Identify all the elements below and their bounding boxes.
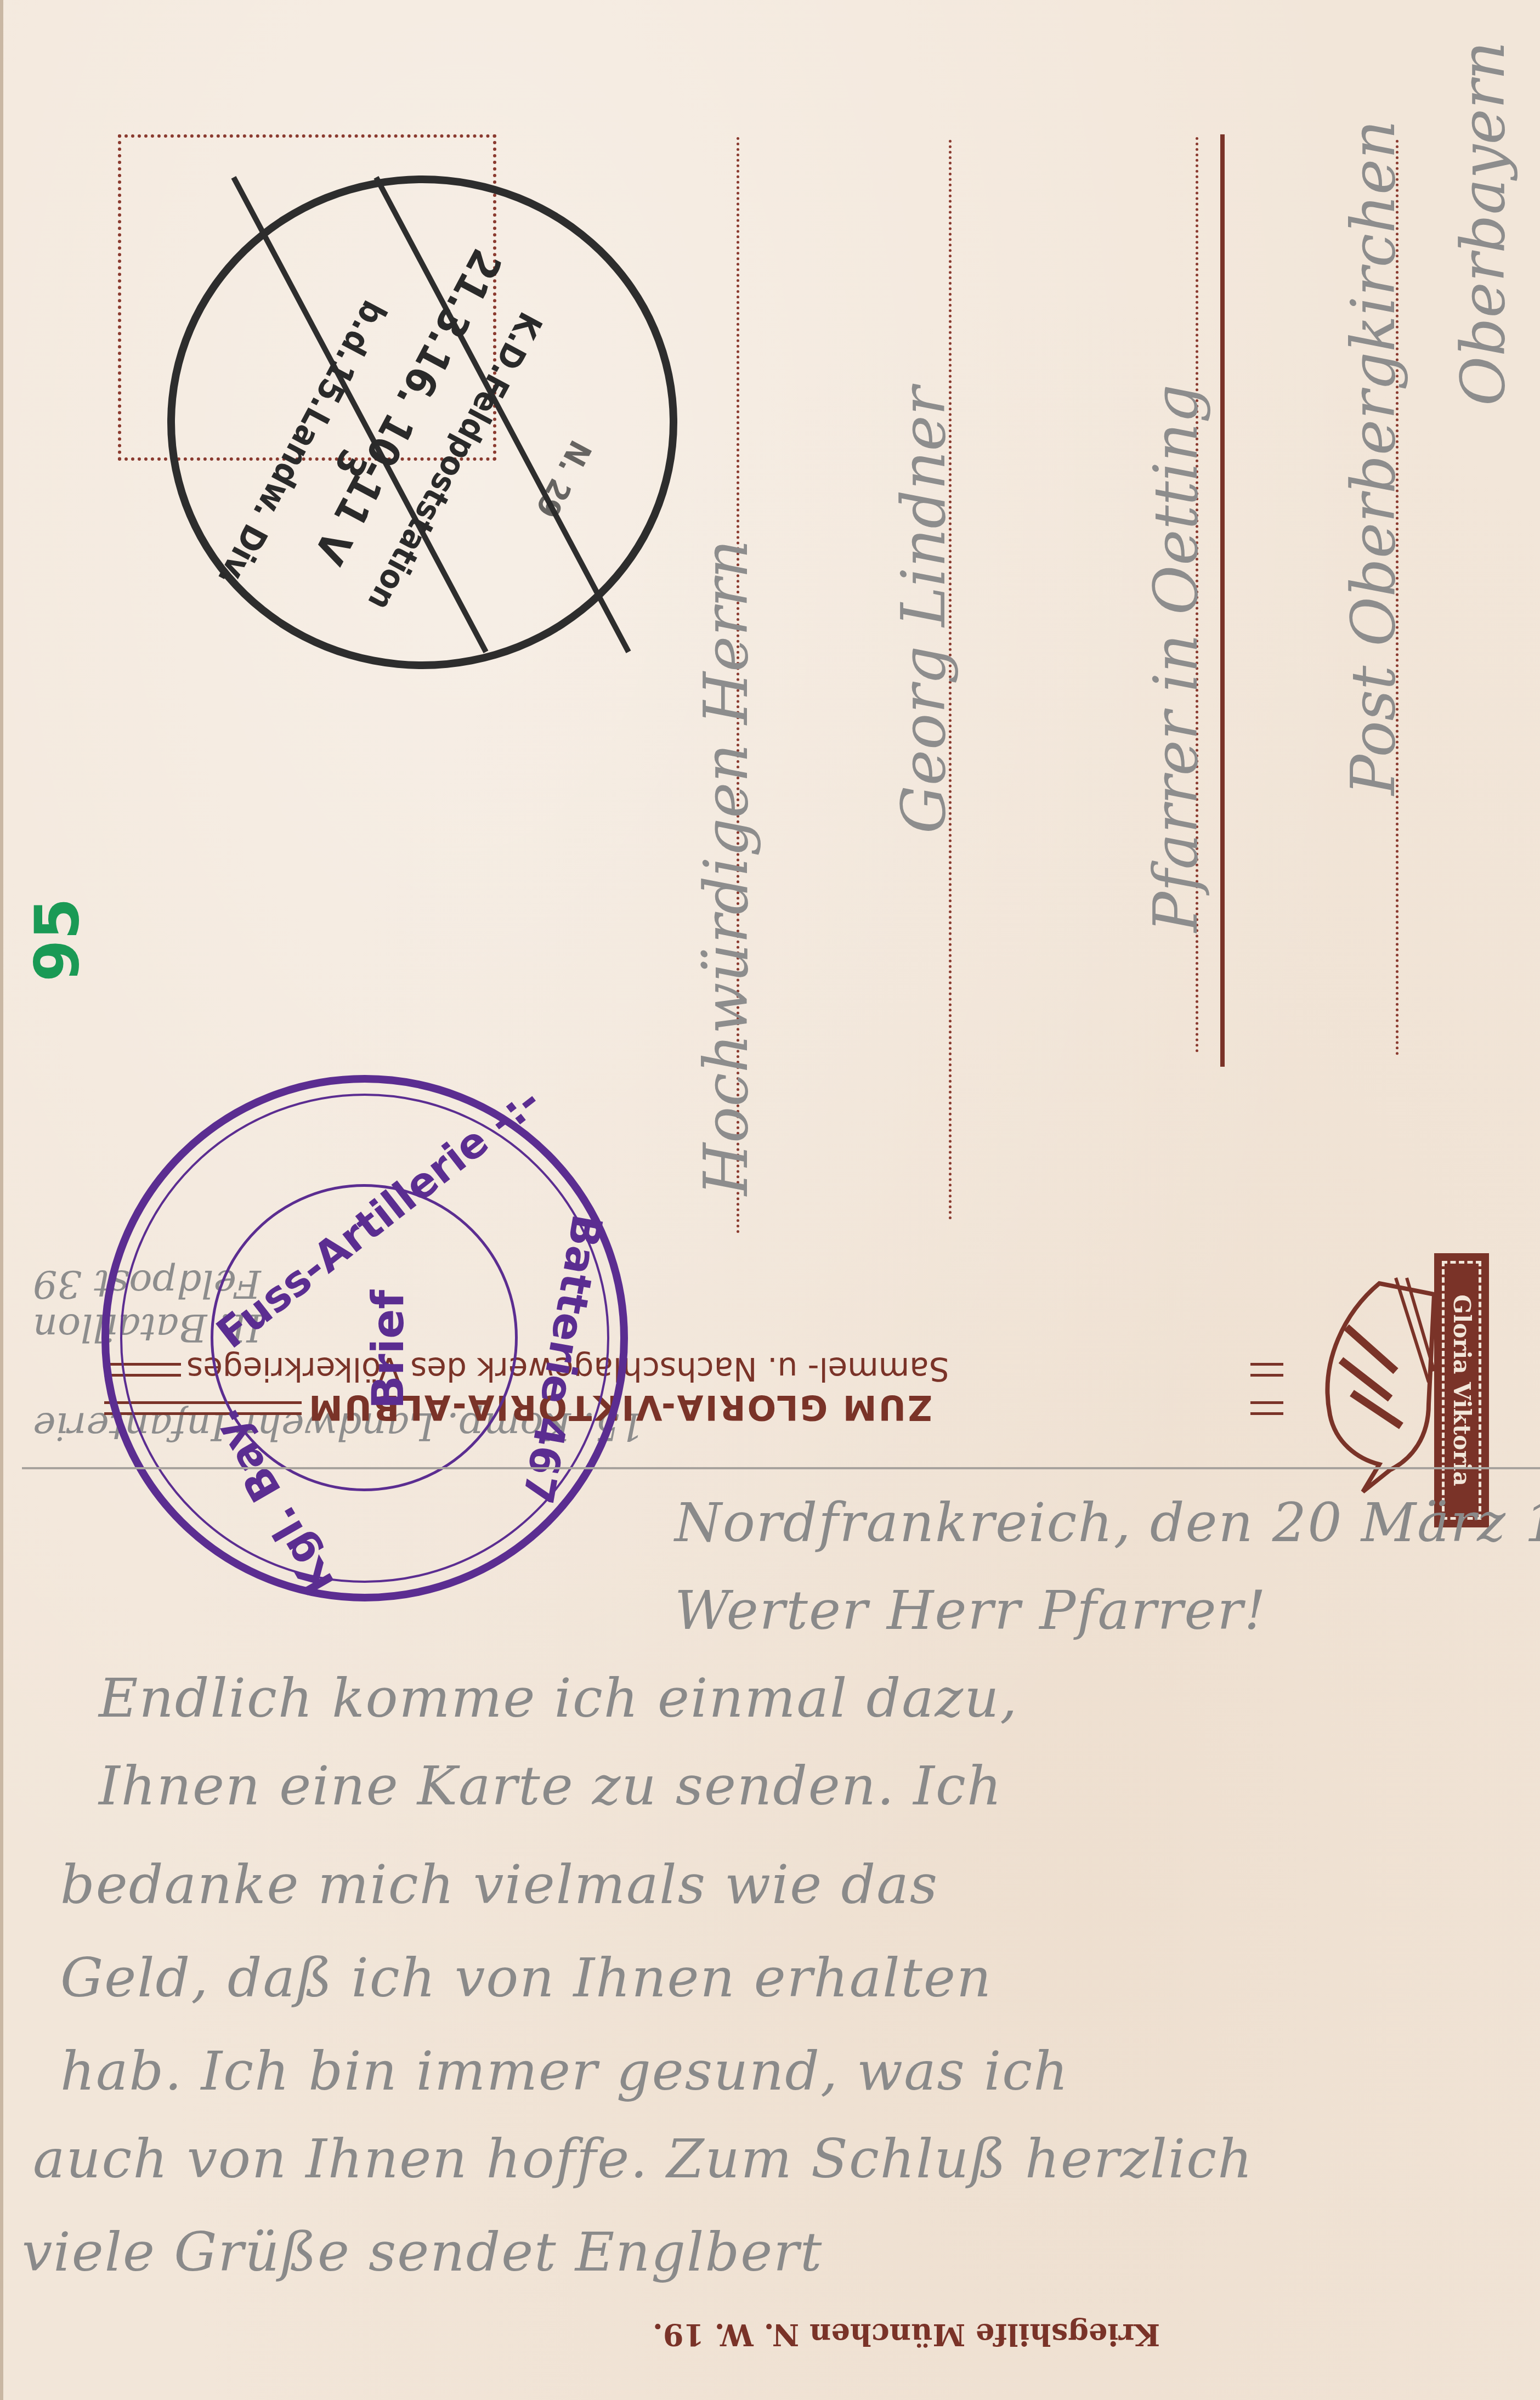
gloria-viktoria-logo: Gloria Viktoria: [1434, 1253, 1489, 1527]
message-line: Ihnen eine Karte zu senden. Ich: [99, 1755, 1003, 1818]
message-line: Endlich komme ich einmal dazu,: [99, 1667, 1018, 1730]
message-dateline: Nordfrankreich, den 20 März 16.: [675, 1492, 1540, 1554]
message-line: auch von Ihnen hoffe. Zum Schluß herzlic…: [33, 2128, 1253, 2190]
postcard: K.D.Feldpoststation b.d.15.Landw. Div. 2…: [0, 0, 1540, 2400]
card-edge: [0, 0, 3, 2400]
header-rule: [1250, 1412, 1283, 1415]
postmark-bar: [231, 176, 489, 653]
message-line: bedanke mich vielmals wie das: [60, 1854, 938, 1916]
address-line-3-text: Pfarrer in Oetting: [1141, 384, 1211, 932]
message-salutation: Werter Herr Pfarrer!: [675, 1580, 1267, 1642]
header-rule: [1250, 1401, 1283, 1404]
message-line: viele Grüße sendet Englbert: [22, 2221, 823, 2284]
unit-stamp: Fuss-Artillerie -:- Kgl. Bay. Batterie 4…: [101, 1075, 628, 1601]
logo-text: Gloria Viktoria: [1448, 1294, 1475, 1486]
unit-stamp-inner: Brief: [363, 1290, 414, 1409]
message-line: Geld, daß ich von Ihnen erhalten: [60, 1947, 992, 2010]
address-line-4-text: Post Oberbergkirchen: [1338, 120, 1408, 795]
address-line-2-text: Georg Lindner: [888, 387, 959, 834]
card-divider: [22, 1467, 1540, 1469]
feldpost-postmark: K.D.Feldpoststation b.d.15.Landw. Div. 2…: [167, 176, 677, 669]
message-line: hab. Ich bin immer gesund, was ich: [60, 2040, 1069, 2103]
address-line-5-text: Oberbayern: [1448, 41, 1518, 406]
header-rule: [1250, 1374, 1283, 1377]
inventory-mark: 95: [22, 898, 92, 982]
header-rule: [1250, 1363, 1283, 1366]
address-line-1-text: Hochwürdigen Herrn: [691, 540, 761, 1196]
publisher-imprint: Kriegshilfe München N. W. 19.: [653, 2317, 1160, 2352]
eagle-icon: [1297, 1261, 1440, 1503]
address-main-rule: [1220, 134, 1225, 1067]
